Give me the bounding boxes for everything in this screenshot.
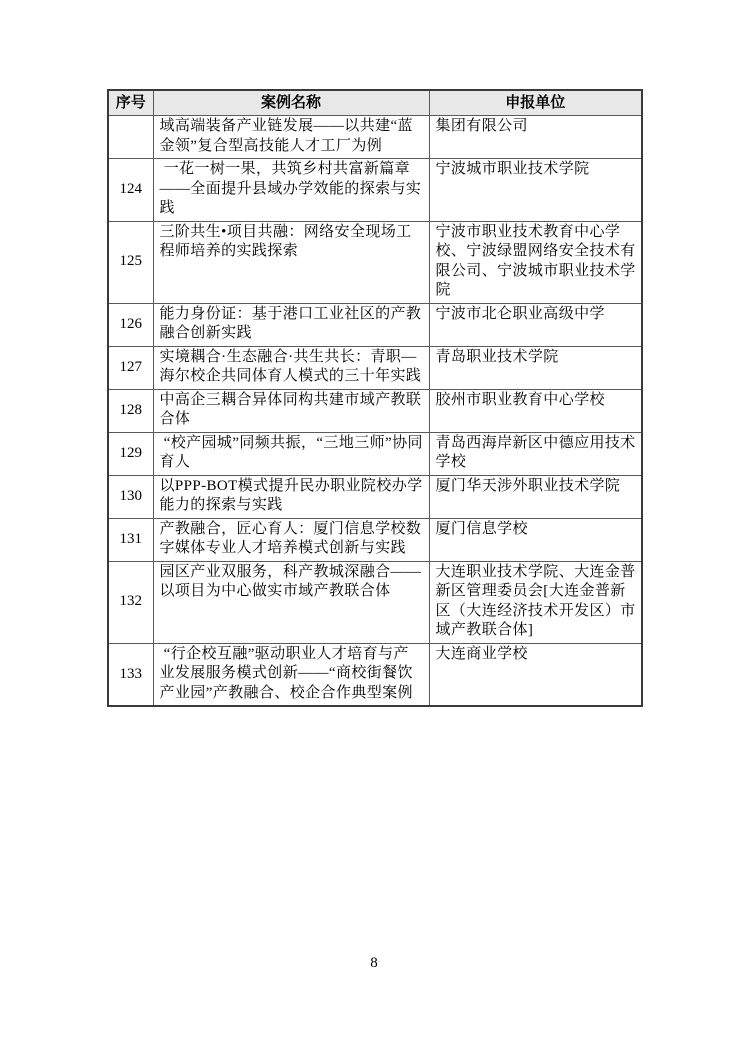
- table-container: 序号 案例名称 申报单位 域高端装备产业链发展——以共建“蓝金领”复合型高技能人…: [107, 89, 641, 707]
- case-name-cell: “校产园城”同频共振，“三地三师”协同育人: [153, 432, 429, 475]
- row-number-cell: 130: [108, 475, 153, 518]
- header-cell-case-name: 案例名称: [153, 90, 429, 116]
- row-number-cell: 124: [108, 159, 153, 222]
- page-number: 8: [107, 953, 641, 973]
- case-name-cell: 以PPP-BOT模式提升民办职业院校办学能力的探索与实践: [153, 475, 429, 518]
- table-row: 133 “行企校互融”驱动职业人才培育与产业发展服务模式创新——“商校街餐饮产业…: [108, 643, 642, 706]
- case-name-cell: 产教融合，匠心育人：厦门信息学校数字媒体专业人才培养模式创新与实践: [153, 518, 429, 561]
- row-number-cell: 128: [108, 389, 153, 432]
- unit-cell: 大连商业学校: [429, 643, 642, 706]
- row-number-cell: 133: [108, 643, 153, 706]
- document-page: 序号 案例名称 申报单位 域高端装备产业链发展——以共建“蓝金领”复合型高技能人…: [0, 0, 750, 1061]
- row-number-cell: [108, 116, 153, 159]
- case-name-cell: 实境耦合·生态融合·共生共长：青职—海尔校企共同体育人模式的三十年实践: [153, 346, 429, 389]
- unit-cell: 大连职业技术学院、大连金普新区管理委员会[大连金普新区（大连经济技术开发区）市域…: [429, 561, 642, 643]
- table-row: 域高端装备产业链发展——以共建“蓝金领”复合型高技能人才工厂为例集团有限公司: [108, 116, 642, 159]
- case-name-cell: 域高端装备产业链发展——以共建“蓝金领”复合型高技能人才工厂为例: [153, 116, 429, 159]
- row-number-cell: 129: [108, 432, 153, 475]
- table-row: 126能力身份证：基于港口工业社区的产教融合创新实践宁波市北仑职业高级中学: [108, 303, 642, 346]
- table-row: 125三阶共生•项目共融：网络安全现场工程师培养的实践探索宁波市职业技术教育中心…: [108, 221, 642, 303]
- case-name-cell: 中高企三耦合异体同构共建市域产教联合体: [153, 389, 429, 432]
- table-row: 132园区产业双服务，科产教城深融合——以项目为中心做实市域产教联合体大连职业技…: [108, 561, 642, 643]
- unit-cell: 宁波城市职业技术学院: [429, 159, 642, 222]
- unit-cell: 宁波市北仑职业高级中学: [429, 303, 642, 346]
- unit-cell: 青岛西海岸新区中德应用技术学校: [429, 432, 642, 475]
- table-row: 129 “校产园城”同频共振，“三地三师”协同育人青岛西海岸新区中德应用技术学校: [108, 432, 642, 475]
- row-number-cell: 126: [108, 303, 153, 346]
- row-number-cell: 131: [108, 518, 153, 561]
- case-name-cell: “行企校互融”驱动职业人才培育与产业发展服务模式创新——“商校街餐饮产业园”产教…: [153, 643, 429, 706]
- unit-cell: 厦门信息学校: [429, 518, 642, 561]
- unit-cell: 胶州市职业教育中心学校: [429, 389, 642, 432]
- table-row: 124 一花一树一果，共筑乡村共富新篇章——全面提升县域办学效能的探索与实践宁波…: [108, 159, 642, 222]
- header-row: 序号 案例名称 申报单位: [108, 90, 642, 116]
- row-number-cell: 125: [108, 221, 153, 303]
- unit-cell: 集团有限公司: [429, 116, 642, 159]
- table-row: 130以PPP-BOT模式提升民办职业院校办学能力的探索与实践厦门华天涉外职业技…: [108, 475, 642, 518]
- unit-cell: 厦门华天涉外职业技术学院: [429, 475, 642, 518]
- header-cell-number: 序号: [108, 90, 153, 116]
- cases-table: 序号 案例名称 申报单位 域高端装备产业链发展——以共建“蓝金领”复合型高技能人…: [107, 89, 643, 707]
- table-row: 128中高企三耦合异体同构共建市域产教联合体胶州市职业教育中心学校: [108, 389, 642, 432]
- case-name-cell: 能力身份证：基于港口工业社区的产教融合创新实践: [153, 303, 429, 346]
- table-row: 127实境耦合·生态融合·共生共长：青职—海尔校企共同体育人模式的三十年实践青岛…: [108, 346, 642, 389]
- case-name-cell: 园区产业双服务，科产教城深融合——以项目为中心做实市域产教联合体: [153, 561, 429, 643]
- row-number-cell: 127: [108, 346, 153, 389]
- unit-cell: 宁波市职业技术教育中心学校、宁波绿盟网络安全技术有限公司、宁波城市职业技术学院: [429, 221, 642, 303]
- row-number-cell: 132: [108, 561, 153, 643]
- cases-table-body: 域高端装备产业链发展——以共建“蓝金领”复合型高技能人才工厂为例集团有限公司12…: [108, 116, 642, 707]
- header-cell-unit: 申报单位: [429, 90, 642, 116]
- case-name-cell: 一花一树一果，共筑乡村共富新篇章——全面提升县域办学效能的探索与实践: [153, 159, 429, 222]
- case-name-cell: 三阶共生•项目共融：网络安全现场工程师培养的实践探索: [153, 221, 429, 303]
- table-row: 131产教融合，匠心育人：厦门信息学校数字媒体专业人才培养模式创新与实践厦门信息…: [108, 518, 642, 561]
- unit-cell: 青岛职业技术学院: [429, 346, 642, 389]
